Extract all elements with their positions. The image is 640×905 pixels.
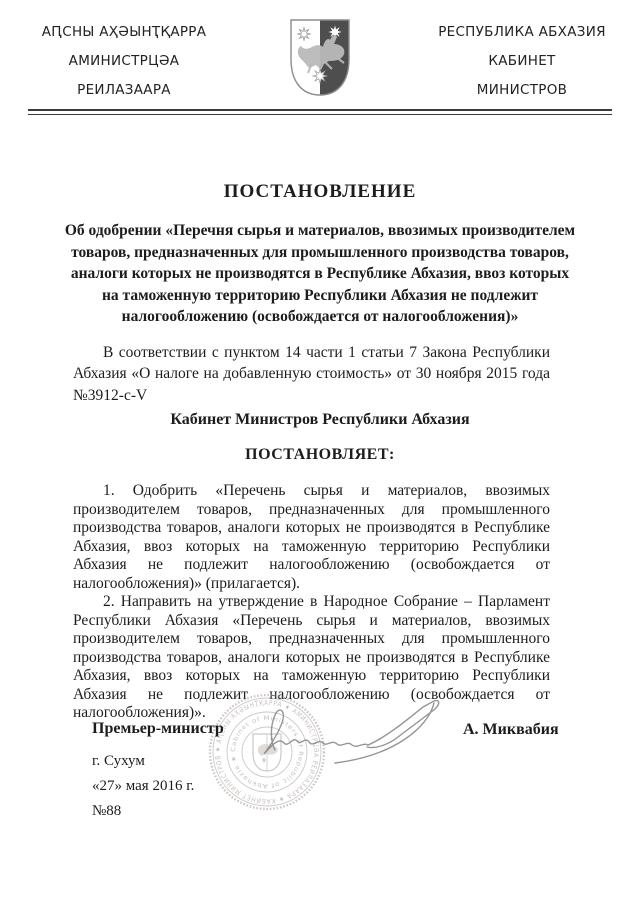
issuing-authority-line: Кабинет Министров Республики Абхазия xyxy=(0,411,640,429)
signature-initial-strokes xyxy=(264,710,368,754)
letterhead-abkhaz-line2: АМИНИСТРЦӘА xyxy=(26,53,222,69)
signature-scrawl xyxy=(235,690,460,780)
footer-city: г. Сухум xyxy=(92,753,194,770)
signatory-name: А. Миквабия xyxy=(463,721,559,739)
footer-date: «27» мая 2016 г. xyxy=(92,778,194,795)
header-divider-rule xyxy=(28,109,612,115)
letterhead-abkhaz: АԤСНЫ АҲӘЫНҬҚАРРА АМИНИСТРЦӘА РЕИЛАЗААРА xyxy=(26,24,222,98)
signature-tail xyxy=(335,703,434,763)
document-title: ПОСТАНОВЛЕНИЕ xyxy=(0,181,640,203)
letterhead-russian-line1: РЕСПУБЛИКА АБХАЗИЯ xyxy=(424,24,620,40)
resolution-items: 1. Одобрить «Перечень сырья и материалов… xyxy=(73,482,550,723)
document-subject: Об одобрении «Перечня сырья и материалов… xyxy=(64,220,576,328)
document-footer: г. Сухум «27» мая 2016 г. №88 xyxy=(92,753,194,820)
footer-number: №88 xyxy=(92,803,194,820)
letterhead-abkhaz-line1: АԤСНЫ АҲӘЫНҬҚАРРА xyxy=(26,24,222,40)
decree-document-page: АԤСНЫ АҲӘЫНҬҚАРРА АМИНИСТРЦӘА РЕИЛАЗААРА… xyxy=(0,0,640,905)
letterhead-russian-line2: КАБИНЕТ xyxy=(424,53,620,69)
resolution-item-1: 1. Одобрить «Перечень сырья и материалов… xyxy=(73,482,550,593)
letterhead-russian: РЕСПУБЛИКА АБХАЗИЯ КАБИНЕТ МИНИСТРОВ xyxy=(424,24,620,98)
letterhead-abkhaz-line3: РЕИЛАЗААРА xyxy=(26,82,222,98)
coat-of-arms-abkhazia-icon xyxy=(288,17,352,99)
emblem-star-bottom-icon xyxy=(313,69,327,83)
emblem-star-left-icon xyxy=(298,28,311,41)
resolves-heading: ПОСТАНОВЛЯЕТ: xyxy=(0,446,640,464)
signatory-position: Премьер-министр xyxy=(92,720,224,738)
preamble-paragraph: В соответствии с пунктом 14 части 1 стат… xyxy=(73,342,550,406)
letterhead-russian-line3: МИНИСТРОВ xyxy=(424,82,620,98)
